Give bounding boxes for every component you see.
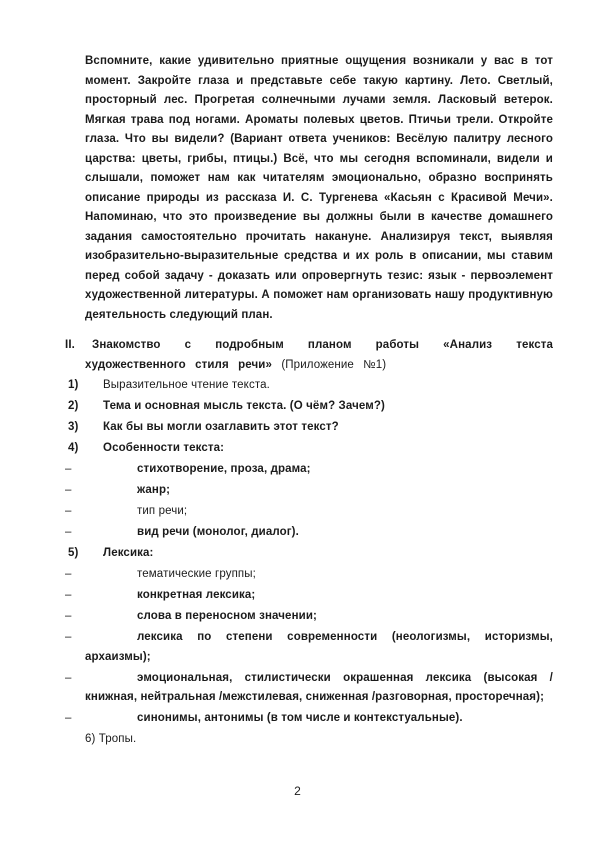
- list-item: –синонимы, антонимы (в том числе и конте…: [85, 709, 553, 729]
- section-heading: II.Знакомство с подробным планом работы …: [85, 336, 553, 375]
- list-item: –жанр;: [85, 481, 553, 501]
- list-item-text: эмоциональная, стилистически окрашенная …: [85, 672, 553, 704]
- list-item: 2)Тема и основная мысль текста. (О чём? …: [103, 397, 553, 417]
- list-item-text: Тема и основная мысль текста. (О чём? За…: [103, 400, 385, 412]
- list-item-text: Как бы вы могли озаглавить этот текст?: [103, 421, 339, 433]
- list-item: –тематические группы;: [85, 565, 553, 585]
- section-heading-number: II.: [65, 336, 75, 356]
- list-item-text: жанр;: [137, 484, 170, 496]
- list-item-marker: –: [65, 628, 72, 648]
- page-number: 2: [0, 784, 595, 798]
- list-item: –эмоциональная, стилистически окрашенная…: [85, 669, 553, 708]
- list-item: 1)Выразительное чтение текста.: [103, 376, 553, 396]
- section-heading-suffix: (Приложение №1): [281, 359, 386, 371]
- list-item-text: слова в переносном значении;: [137, 610, 317, 622]
- list-item-text: конкретная лексика;: [137, 589, 255, 601]
- list-item: –вид речи (монолог, диалог).: [85, 523, 553, 543]
- plan-list: 1)Выразительное чтение текста. 2)Тема и …: [65, 376, 553, 750]
- list-item-marker: 2): [68, 397, 78, 417]
- list-item-marker: –: [65, 586, 72, 606]
- list-item-marker: –: [65, 669, 72, 689]
- list-item-text: вид речи (монолог, диалог).: [137, 526, 299, 538]
- list-item-marker: –: [65, 523, 72, 543]
- list-item-text: тип речи;: [137, 505, 187, 517]
- list-item: –тип речи;: [85, 502, 553, 522]
- list-item: 5)Лексика:: [103, 544, 553, 564]
- list-item-text: Выразительное чтение текста.: [103, 379, 270, 391]
- list-item-marker: –: [65, 481, 72, 501]
- list-item-text: Особенности текста:: [103, 442, 224, 454]
- list-item: 4)Особенности текста:: [103, 439, 553, 459]
- list-item-marker: 1): [68, 376, 78, 396]
- list-item: –слова в переносном значении;: [85, 607, 553, 627]
- intro-paragraph: Вспомните, какие удивительно приятные ощ…: [85, 52, 553, 325]
- list-item-marker: –: [65, 565, 72, 585]
- list-item-marker: 3): [68, 418, 78, 438]
- document-page: Вспомните, какие удивительно приятные ощ…: [0, 0, 595, 842]
- page-content: Вспомните, какие удивительно приятные ощ…: [65, 52, 553, 751]
- list-item-marker: 4): [68, 439, 78, 459]
- list-item-text: 6) Тропы.: [85, 733, 136, 745]
- list-item-text: Лексика:: [103, 547, 153, 559]
- list-item-marker: –: [65, 709, 72, 729]
- list-item: –стихотворение, проза, драма;: [85, 460, 553, 480]
- list-item: 3)Как бы вы могли озаглавить этот текст?: [103, 418, 553, 438]
- list-item-text: лексика по степени современности (неолог…: [85, 631, 553, 663]
- list-item: 6) Тропы.: [85, 730, 553, 750]
- list-item-marker: –: [65, 502, 72, 522]
- list-item-marker: –: [65, 607, 72, 627]
- list-item-text: синонимы, антонимы (в том числе и контек…: [137, 712, 463, 724]
- list-item-marker: –: [65, 460, 72, 480]
- list-item: –конкретная лексика;: [85, 586, 553, 606]
- list-item-text: тематические группы;: [137, 568, 256, 580]
- list-item-marker: 5): [68, 544, 78, 564]
- list-item-text: стихотворение, проза, драма;: [137, 463, 311, 475]
- list-item: –лексика по степени современности (неоло…: [85, 628, 553, 667]
